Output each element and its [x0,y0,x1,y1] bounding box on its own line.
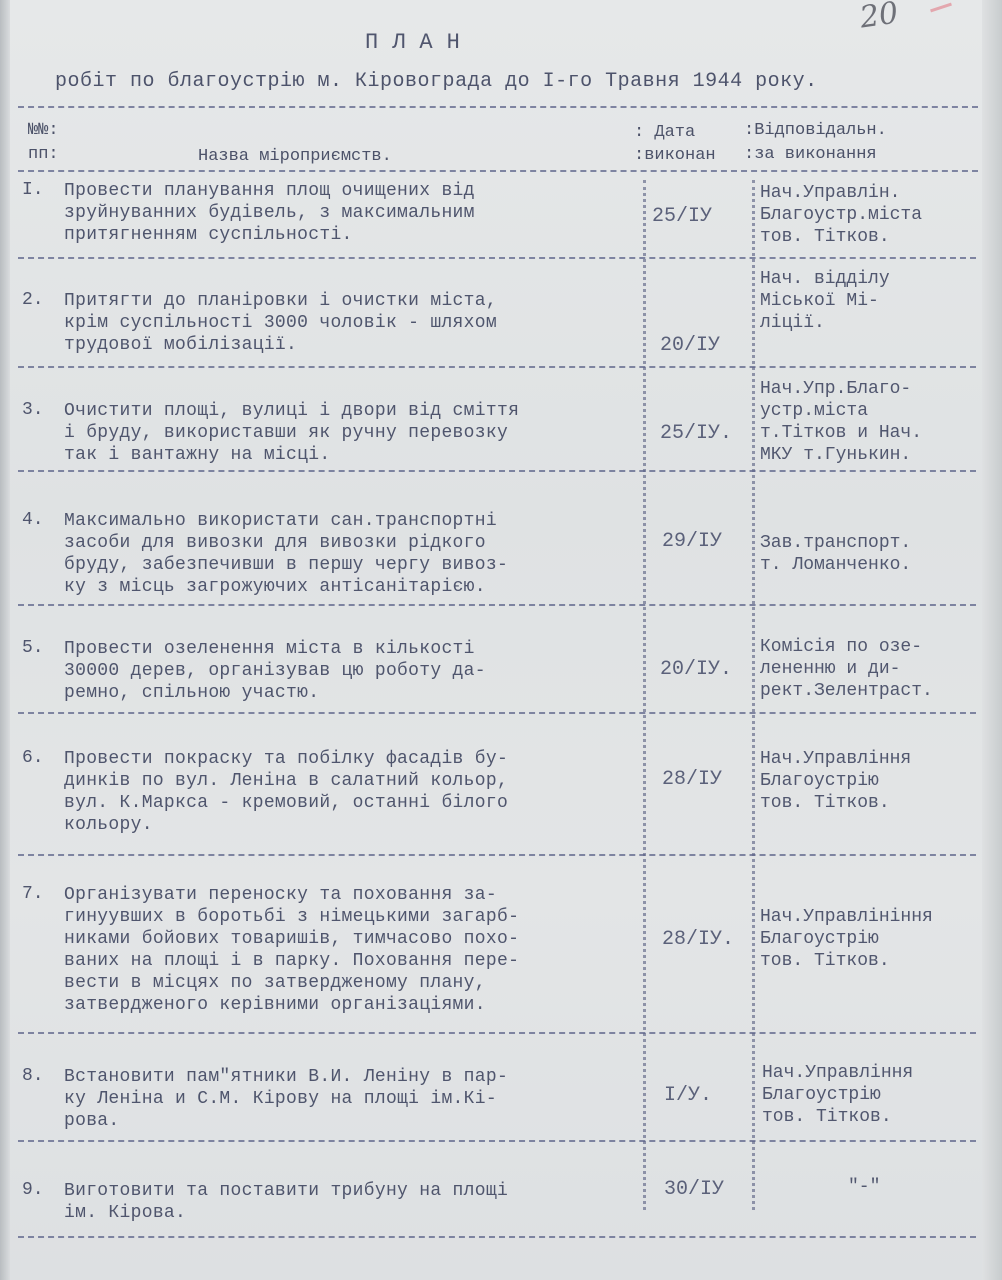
row-1-divider [18,257,976,259]
row-1-date: 25/ІУ [652,205,712,228]
handwritten-page-number: 20 [858,0,901,35]
row-6-number: 6. [22,748,44,768]
row-9-divider [18,1236,976,1238]
row-6-task: Провести покраску та побілку фасадів бу-… [64,748,636,836]
red-pencil-mark [930,3,952,13]
row-8-divider [18,1140,976,1142]
row-7-task: Організувати переноску та поховання за- … [64,884,636,1016]
row-2-responsible: Нач. відділу Міської Мі- ліції. [760,268,1000,334]
row-5-date: 20/ІУ. [660,658,732,681]
row-8-number: 8. [22,1066,44,1086]
row-4-task: Максимально використати сан.транспортні … [64,510,636,598]
row-1-number: І. [22,180,44,200]
row-2-date: 20/ІУ [660,334,720,357]
column-separator-responsible [752,180,755,1210]
column-separator-date [643,180,646,1210]
row-8-responsible: Нач.Управління Благоустрію тов. Тітков. [762,1062,1002,1128]
row-3-date: 25/ІУ. [660,422,732,445]
row-6-divider [18,854,976,856]
row-1-task: Провести планування площ очищених від зр… [64,180,636,246]
header-task-name: Назва міроприємств. [198,146,392,168]
row-5-task: Провести озеленення міста в кількості 30… [64,638,636,704]
row-4-responsible: Зав.транспорт. т. Ломанченко. [760,532,1000,576]
row-9-responsible: "-" [848,1176,1002,1198]
row-1-responsible: Нач.Управлін. Благоустр.міста тов. Тітко… [760,182,1000,248]
row-3-task: Очистити площі, вулиці і двори від смітт… [64,400,636,466]
row-2-divider [18,366,976,368]
header-resp-line2: :за виконання [744,144,877,166]
row-8-task: Встановити пам"ятники В.И. Леніну в пар-… [64,1066,636,1132]
header-bottom-rule [18,170,978,172]
row-5-responsible: Комісія по озе- лененню и ди- рект.Зелен… [760,636,1000,702]
row-7-responsible: Нач.Управлініння Благоустрію тов. Тітков… [760,906,1000,972]
row-5-number: 5. [22,638,44,658]
header-resp-line1: :Відповідальн. [744,120,887,142]
row-2-number: 2. [22,290,44,310]
row-7-number: 7. [22,884,44,904]
row-6-date: 28/ІУ [662,768,722,791]
row-3-number: 3. [22,400,44,420]
row-5-divider [18,712,976,714]
row-4-date: 29/ІУ [662,530,722,553]
row-9-number: 9. [22,1180,44,1200]
header-no-line2: пп: [28,144,59,166]
header-top-rule [18,106,978,108]
row-4-number: 4. [22,510,44,530]
document-title: ПЛАН [365,30,474,55]
paper-edge-left [0,0,10,1280]
row-9-date: 30/ІУ [664,1178,724,1201]
header-date-line2: :виконан [634,145,716,167]
row-9-task: Виготовити та поставити трибуну на площі… [64,1180,636,1224]
row-7-date: 28/ІУ. [662,928,734,951]
row-6-responsible: Нач.Управління Благоустрію тов. Тітков. [760,748,1000,814]
header-date-line1: : Дата [634,122,695,144]
document-subtitle: робіт по благоустрію м. Кіровограда до І… [55,70,818,93]
row-3-responsible: Нач.Упр.Благо- устр.міста т.Тітков и Нач… [760,378,1000,466]
row-4-divider [18,604,976,606]
row-7-divider [18,1032,976,1034]
row-2-task: Притягти до планіровки і очистки міста, … [64,290,636,356]
row-3-divider [18,470,976,472]
document-page: 20 ПЛАН робіт по благоустрію м. Кіровогр… [0,0,1002,1280]
row-8-date: І/У. [664,1084,712,1107]
header-no-line1: №№: [28,120,59,142]
